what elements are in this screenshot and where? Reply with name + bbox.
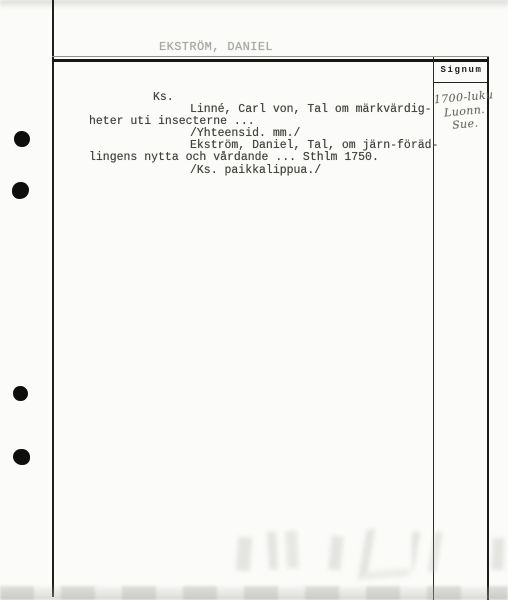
signum-handwritten-line: Sue.: [452, 116, 491, 133]
typewritten-line: lingens nytta och vårdande ... Sthlm 175…: [89, 152, 433, 164]
signum-column: Signum 1700-lukuLuonn.Sue.: [433, 57, 489, 600]
typewritten-line: /Ks. paikkalippua./: [190, 165, 433, 177]
card-heading: EKSTRÖM, DANIEL: [159, 41, 273, 53]
catalog-card: EKSTRÖM, DANIEL Signum 1700-lukuLuonn.Su…: [0, 0, 508, 600]
scan-artifact-top: [0, 0, 508, 9]
header-rule-thick: [52, 59, 489, 62]
bleedthrough-mark: [358, 526, 418, 580]
bleedthrough-mark: [236, 537, 252, 572]
typewritten-block: Ks.Linné, Carl von, Tal om märkvärdig-he…: [89, 92, 433, 177]
scan-artifact-bottom: [0, 586, 508, 600]
punch-hole: [14, 131, 30, 147]
bleedthrough-mark: [491, 538, 505, 571]
punch-hole: [13, 449, 30, 465]
signum-label: Signum: [434, 57, 487, 83]
left-margin-rule: [52, 0, 54, 597]
punch-hole: [12, 182, 29, 199]
punch-hole: [13, 386, 28, 401]
bleedthrough-mark: [328, 535, 343, 570]
bleedthrough-mark: [267, 530, 299, 570]
header-rule-thin: [52, 56, 489, 57]
bleedthrough-mark: [412, 532, 446, 572]
signum-handwriting: 1700-lukuLuonn.Sue.: [433, 89, 490, 134]
